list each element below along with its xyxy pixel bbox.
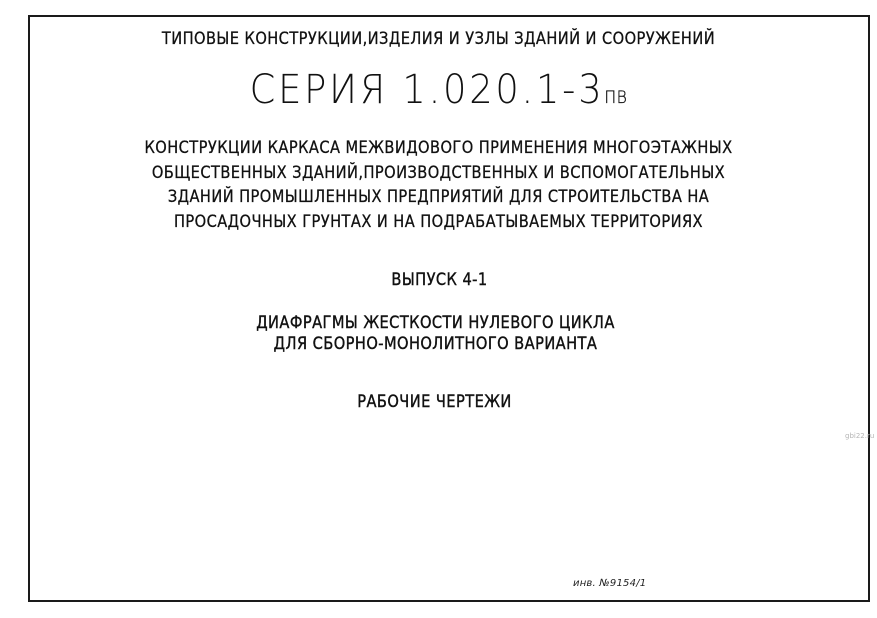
description-line: ЗДАНИЙ ПРОМЫШЛЕННЫХ ПРЕДПРИЯТИЙ ДЛЯ СТРО…: [61, 185, 815, 210]
series-label: СЕРИЯ 1.020.1-3: [250, 67, 605, 113]
drawings-label: РАБОЧИЕ ЧЕРТЕЖИ: [54, 392, 815, 412]
description-line: ПРОСАДОЧНЫХ ГРУНТАХ И НА ПОДРАБАТЫВАЕМЫХ…: [61, 210, 815, 235]
description-line: ОБЩЕСТВЕННЫХ ЗДАНИЙ,ПРОИЗВОДСТВЕННЫХ И В…: [61, 161, 815, 186]
series-title: СЕРИЯ 1.020.1-3ПВ: [35, 67, 842, 113]
watermark: gbi22.ru: [845, 432, 874, 440]
series-description: КОНСТРУКЦИИ КАРКАСА МЕЖВИДОВОГО ПРИМЕНЕН…: [61, 136, 815, 234]
document-heading: ТИПОВЫЕ КОНСТРУКЦИИ,ИЗДЕЛИЯ И УЗЛЫ ЗДАНИ…: [61, 29, 815, 49]
subject-line: ДЛЯ СБОРНО-МОНОЛИТНОГО ВАРИАНТА: [56, 334, 815, 355]
issue-number: ВЫПУСК 4-1: [63, 270, 816, 290]
description-line: КОНСТРУКЦИИ КАРКАСА МЕЖВИДОВОГО ПРИМЕНЕН…: [61, 136, 815, 161]
series-suffix: ПВ: [604, 88, 627, 108]
issue-subject: ДИАФРАГМЫ ЖЕСТКОСТИ НУЛЕВОГО ЦИКЛА ДЛЯ С…: [56, 313, 815, 355]
inventory-number: инв. №9154/1: [573, 578, 646, 589]
subject-line: ДИАФРАГМЫ ЖЕСТКОСТИ НУЛЕВОГО ЦИКЛА: [56, 313, 815, 334]
